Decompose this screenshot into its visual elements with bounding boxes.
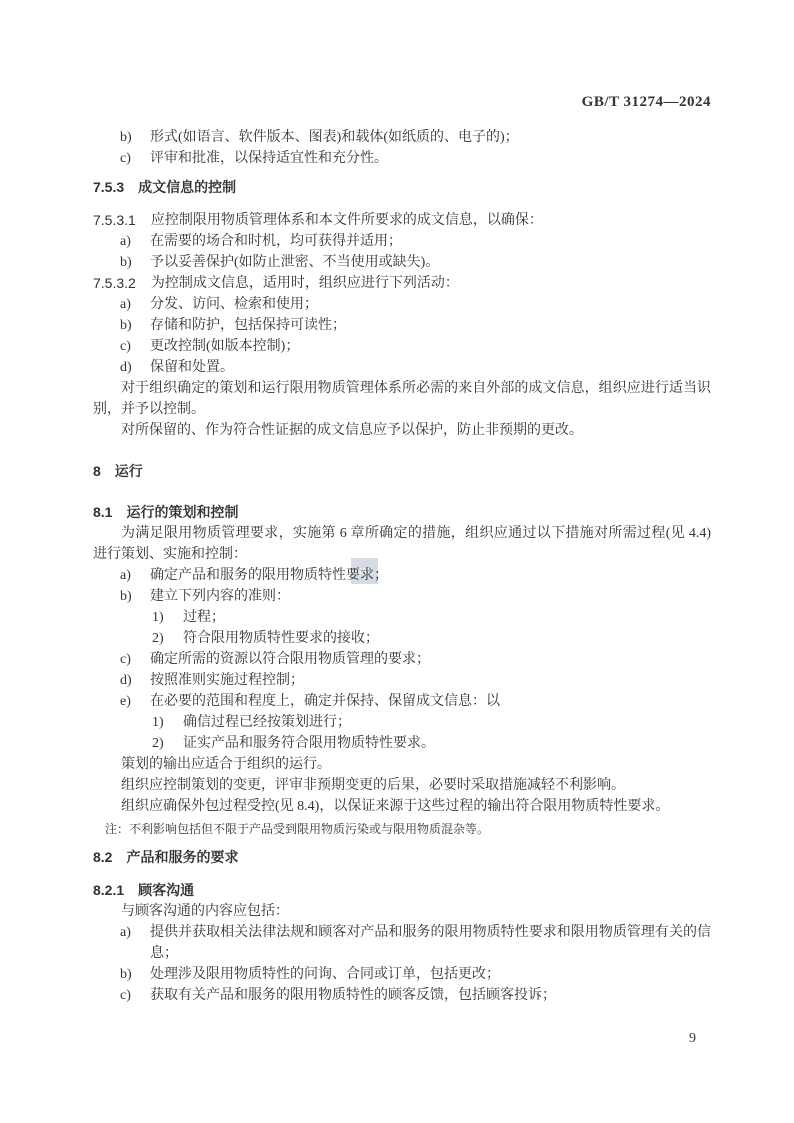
note-text: 不利影响包括但不限于产品受到限用物质污染或与限用物质混杂等。 xyxy=(129,822,489,836)
list-item: a) 确定产品和服务的限用物质特性要求； xyxy=(93,565,711,586)
list-item-text: 确定所需的资源以符合限用物质管理的要求； xyxy=(150,649,711,670)
sub-list-item: 2) 符合限用物质特性要求的接收； xyxy=(93,628,711,649)
list-item: a) 分发、访问、检索和使用； xyxy=(93,294,711,315)
list-item-text: 形式(如语言、软件版本、图表)和载体(如纸质的、电子的)； xyxy=(150,127,711,148)
list-item-text: 处理涉及限用物质特性的问询、合同或订单，包括更改； xyxy=(150,964,711,985)
list-item-label: b) xyxy=(120,252,150,273)
clause-text: 应控制限用物质管理体系和本文件所要求的成文信息，以确保： xyxy=(151,210,711,231)
paragraph: 策划的输出应适合于组织的运行。 xyxy=(93,754,711,775)
subsection-heading-8-2-1: 8.2.1顾客沟通 xyxy=(93,880,711,901)
paragraph: 组织应控制策划的变更，评审非预期变更的后果，必要时采取措施减轻不利影响。 xyxy=(93,775,711,796)
sub-list-item-label: 1) xyxy=(152,607,183,628)
note: 注：不利影响包括但不限于产品受到限用物质污染或与限用物质混杂等。 xyxy=(105,819,711,839)
list-item-text: 予以妥善保护(如防止泄密、不当使用或缺失)。 xyxy=(150,252,711,273)
clause-heading-7-5-3: 7.5.3成文信息的控制 xyxy=(93,177,711,198)
list-item: e) 在必要的范围和程度上，确定并保持、保留成文信息：以 xyxy=(93,691,711,712)
list-item-label: c) xyxy=(120,985,150,1006)
paragraph: 与顾客沟通的内容应包括： xyxy=(93,901,711,922)
list-item-text: 评审和批准，以保持适宜性和充分性。 xyxy=(150,148,711,169)
list-item: c) 更改控制(如版本控制)； xyxy=(93,336,711,357)
clause-title: 成文信息的控制 xyxy=(138,179,236,195)
list-item: c) 评审和批准，以保持适宜性和充分性。 xyxy=(93,148,711,169)
list-item: a) 在需要的场合和时机，均可获得并适用； xyxy=(93,231,711,252)
list-item: c) 获取有关产品和服务的限用物质特性的顾客反馈，包括顾客投诉； xyxy=(93,985,711,1006)
section-number: 8.2 xyxy=(93,849,112,865)
chapter-title: 运行 xyxy=(115,463,143,479)
document-page: GB/T 31274—2024 SAC b) 形式(如语言、软件版本、图表)和载… xyxy=(0,0,794,1123)
page-content: b) 形式(如语言、软件版本、图表)和载体(如纸质的、电子的)； c) 评审和批… xyxy=(93,127,711,1006)
list-item-label: a) xyxy=(120,565,150,586)
sub-list-item-label: 2) xyxy=(152,628,183,649)
list-item-text: 提供并获取相关法律法规和顾客对产品和服务的限用物质特性要求和限用物质管理有关的信… xyxy=(150,922,711,964)
document-code-header: GB/T 31274—2024 xyxy=(582,94,711,111)
chapter-number: 8 xyxy=(93,463,101,479)
list-item-text: 在必要的范围和程度上，确定并保持、保留成文信息：以 xyxy=(150,691,711,712)
list-item-label: b) xyxy=(120,315,150,336)
list-item: c) 确定所需的资源以符合限用物质管理的要求； xyxy=(93,649,711,670)
list-item: b) 建立下列内容的准则： xyxy=(93,586,711,607)
list-item: b) 形式(如语言、软件版本、图表)和载体(如纸质的、电子的)； xyxy=(93,127,711,148)
section-title: 产品和服务的要求 xyxy=(126,849,238,865)
list-item-text: 建立下列内容的准则： xyxy=(150,586,711,607)
list-item: d) 保留和处置。 xyxy=(93,357,711,378)
sub-list-item-text: 过程； xyxy=(183,607,711,628)
subsection-number: 8.2.1 xyxy=(93,882,124,898)
list-item-label: a) xyxy=(120,294,150,315)
sub-list-item-label: 1) xyxy=(152,712,183,733)
section-title: 运行的策划和控制 xyxy=(126,504,238,520)
clause-text: 为控制成文信息，适用时，组织应进行下列活动： xyxy=(151,273,711,294)
list-item-text: 获取有关产品和服务的限用物质特性的顾客反馈，包括顾客投诉； xyxy=(150,985,711,1006)
list-item-label: a) xyxy=(120,231,150,252)
list-item: a) 提供并获取相关法律法规和顾客对产品和服务的限用物质特性要求和限用物质管理有… xyxy=(93,922,711,964)
clause-number: 7.5.3 xyxy=(93,179,124,195)
list-item-label: c) xyxy=(120,148,150,169)
sub-list-item-label: 2) xyxy=(152,733,183,754)
note-label: 注： xyxy=(105,822,129,836)
list-item: b) 处理涉及限用物质特性的问询、合同或订单，包括更改； xyxy=(93,964,711,985)
list-item: b) 予以妥善保护(如防止泄密、不当使用或缺失)。 xyxy=(93,252,711,273)
subsection-title: 顾客沟通 xyxy=(138,882,194,898)
list-item-text: 分发、访问、检索和使用； xyxy=(150,294,711,315)
list-item-text: 按照准则实施过程控制； xyxy=(150,670,711,691)
clause-paragraph-7-5-3-1: 7.5.3.1 应控制限用物质管理体系和本文件所要求的成文信息，以确保： xyxy=(93,210,711,231)
section-heading-8-2: 8.2产品和服务的要求 xyxy=(93,847,711,868)
list-item: b) 存储和防护，包括保持可读性； xyxy=(93,315,711,336)
list-item-label: b) xyxy=(120,127,150,148)
list-item-text: 确定产品和服务的限用物质特性要求； xyxy=(150,565,711,586)
list-item-text: 更改控制(如版本控制)； xyxy=(150,336,711,357)
list-item-label: c) xyxy=(120,336,150,357)
section-heading-8-1: 8.1运行的策划和控制 xyxy=(93,502,711,523)
list-item: d) 按照准则实施过程控制； xyxy=(93,670,711,691)
list-item-label: b) xyxy=(120,586,150,607)
sub-list-item: 1) 确信过程已经按策划进行； xyxy=(93,712,711,733)
list-item-label: d) xyxy=(120,670,150,691)
list-item-label: e) xyxy=(120,691,150,712)
list-item-label: c) xyxy=(120,649,150,670)
list-item-label: d) xyxy=(120,357,150,378)
paragraph: 为满足限用物质管理要求，实施第 6 章所确定的措施，组织应通过以下措施对所需过程… xyxy=(93,523,711,565)
sub-list-item: 2) 证实产品和服务符合限用物质特性要求。 xyxy=(93,733,711,754)
list-item-text: 存储和防护，包括保持可读性； xyxy=(150,315,711,336)
page-number: 9 xyxy=(689,1031,696,1047)
clause-number: 7.5.3.2 xyxy=(93,273,136,294)
clause-paragraph-7-5-3-2: 7.5.3.2 为控制成文信息，适用时，组织应进行下列活动： xyxy=(93,273,711,294)
sub-list-item-text: 符合限用物质特性要求的接收； xyxy=(183,628,711,649)
paragraph: 对于组织确定的策划和运行限用物质管理体系所必需的来自外部的成文信息，组织应进行适… xyxy=(93,378,711,420)
sub-list-item-text: 证实产品和服务符合限用物质特性要求。 xyxy=(183,733,711,754)
sub-list-item-text: 确信过程已经按策划进行； xyxy=(183,712,711,733)
list-item-text: 在需要的场合和时机，均可获得并适用； xyxy=(150,231,711,252)
list-item-text: 保留和处置。 xyxy=(150,357,711,378)
list-item-label: b) xyxy=(120,964,150,985)
paragraph: 组织应确保外包过程受控(见 8.4)，以保证来源于这些过程的输出符合限用物质特性… xyxy=(93,796,711,817)
section-number: 8.1 xyxy=(93,504,112,520)
clause-number: 7.5.3.1 xyxy=(93,210,136,231)
sub-list-item: 1) 过程； xyxy=(93,607,711,628)
chapter-heading-8: 8运行 xyxy=(93,461,711,482)
paragraph: 对所保留的、作为符合性证据的成文信息应予以保护，防止非预期的更改。 xyxy=(93,420,711,441)
list-item-label: a) xyxy=(120,922,150,964)
